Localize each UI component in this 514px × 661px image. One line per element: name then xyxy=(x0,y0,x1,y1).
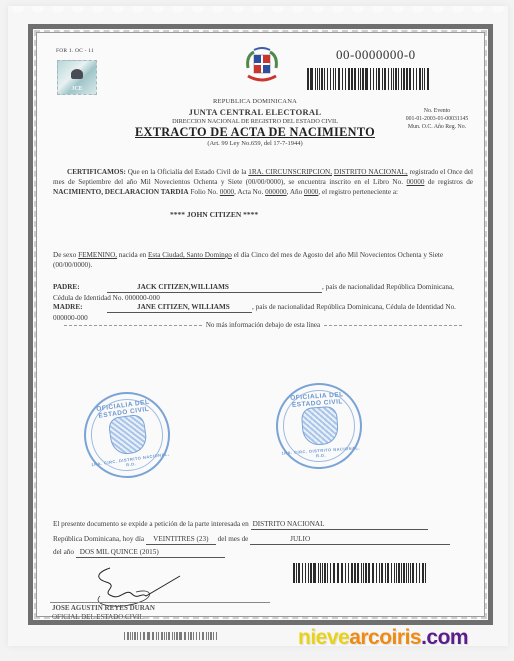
document-number: 00-0000000-0 xyxy=(336,47,416,63)
certification-text: , Año xyxy=(287,188,304,196)
birth-text: nacida en xyxy=(117,251,148,259)
end-of-info-text: No más información debajo de esta línea xyxy=(206,321,320,329)
birth-text: De sexo xyxy=(53,251,78,259)
certification-text: de registros de xyxy=(424,178,473,186)
issuance-text: El presente documento se expide a petici… xyxy=(53,520,251,528)
mother-name: JANE CITIZEN, WILLIAMS xyxy=(107,302,252,313)
birth-place: Esta Ciudad, Santo Domingo xyxy=(148,251,232,259)
hologram-seal-icon: JCE xyxy=(57,60,97,95)
issuance-month: JULIO xyxy=(250,534,450,545)
issuance-place: DISTRITO NACIONAL xyxy=(251,519,428,530)
signature-line xyxy=(50,602,270,603)
seal-shield-icon xyxy=(301,406,340,446)
record-year: 0000 xyxy=(304,188,318,196)
hologram-text: JCE xyxy=(58,86,96,92)
issuance-line-1: El presente documento se expide a petici… xyxy=(53,519,473,530)
issuance-day: VEINTITRES (23) xyxy=(146,534,216,545)
end-of-info-line: No más información debajo de esta línea xyxy=(53,321,473,329)
watermark-part-2: arcoiris xyxy=(349,626,421,649)
certification-text: , el registro perteneciente a: xyxy=(318,188,398,196)
mother-label: MADRE: xyxy=(53,302,107,312)
republic-name: REPUBLICA DOMINICANA xyxy=(130,98,380,105)
issuance-text: República Dominicana, hoy día xyxy=(53,535,146,543)
father-line: PADRE:JACK CITIZEN,WILLIAMS, país de nac… xyxy=(53,282,473,303)
watermark-part-3: .com xyxy=(421,626,468,649)
law-reference: (Art. 99 Ley No.659, del 17-7-1944) xyxy=(130,140,380,147)
father-label: PADRE: xyxy=(53,282,107,292)
issuance-text: del mes de xyxy=(216,535,250,543)
event-number-block: No. Evento 001-01-2003-01-00031145 Mun. … xyxy=(392,107,482,131)
registrant-name: **** JOHN CITIZEN **** xyxy=(170,210,258,219)
signer-block: JOSE AGUSTIN REYES DURAN OFICIAL DEL EST… xyxy=(52,604,155,622)
barcode xyxy=(307,68,431,90)
directorate-name: DIRECCION NACIONAL DE REGISTRO DEL ESTAD… xyxy=(130,118,380,125)
event-label: No. Evento xyxy=(392,107,482,115)
signer-title: OFICIAL DEL ESTADO CIVIL xyxy=(52,613,155,622)
certification-text: , Acta No. xyxy=(234,188,265,196)
sex: FEMENINO, xyxy=(78,251,117,259)
certification-text: Folio No. xyxy=(189,188,220,196)
institution-name: JUNTA CENTRAL ELECTORAL xyxy=(130,107,380,117)
issuance-text: del año xyxy=(53,548,76,556)
issuance-year: DOS MIL QUINCE (2015) xyxy=(76,547,225,558)
watermark-part-1: nieve xyxy=(298,626,349,649)
circunscripcion: 1RA. CIRCUNSCRIPCION, xyxy=(248,168,332,176)
issuance-line-3: del año DOS MIL QUINCE (2015) xyxy=(53,547,473,558)
certification-text: Que en la Oficialía del Estado Civil de … xyxy=(126,168,248,176)
record-type: NACIMIENTO, DECLARACION TARDIA xyxy=(53,188,189,196)
issuance-line-2: República Dominicana, hoy día VEINTITRES… xyxy=(53,534,473,545)
barcode xyxy=(293,563,427,583)
signer-name: JOSE AGUSTIN REYES DURAN xyxy=(52,604,155,613)
form-code: FOR 1. OC - 11 xyxy=(56,48,94,54)
folio-number: 0000 xyxy=(220,188,234,196)
event-number: 001-01-2003-01-00031145 xyxy=(392,115,482,123)
seal-shield-icon xyxy=(108,414,149,457)
district: DISTRITO NACIONAL, xyxy=(334,168,408,176)
website-watermark: nievearcoiris.com xyxy=(298,626,468,650)
birth-paragraph: De sexo FEMENINO, nacida en Esta Ciudad,… xyxy=(53,250,473,270)
father-name: JACK CITIZEN,WILLIAMS xyxy=(107,282,322,293)
event-footer: Mun. O.C. Año Reg. No. xyxy=(392,123,482,131)
document-title: EXTRACTO DE ACTA DE NACIMIENTO xyxy=(130,125,380,140)
barcode xyxy=(124,632,218,640)
acta-number: 000000 xyxy=(265,188,287,196)
certification-lead: CERTIFICAMOS: xyxy=(67,168,126,176)
document-heading: REPUBLICA DOMINICANA JUNTA CENTRAL ELECT… xyxy=(130,98,380,147)
certification-paragraph: CERTIFICAMOS: Que en la Oficialía del Es… xyxy=(53,167,473,198)
libro-number: 00000 xyxy=(406,178,424,186)
coat-of-arms-icon xyxy=(242,46,282,86)
